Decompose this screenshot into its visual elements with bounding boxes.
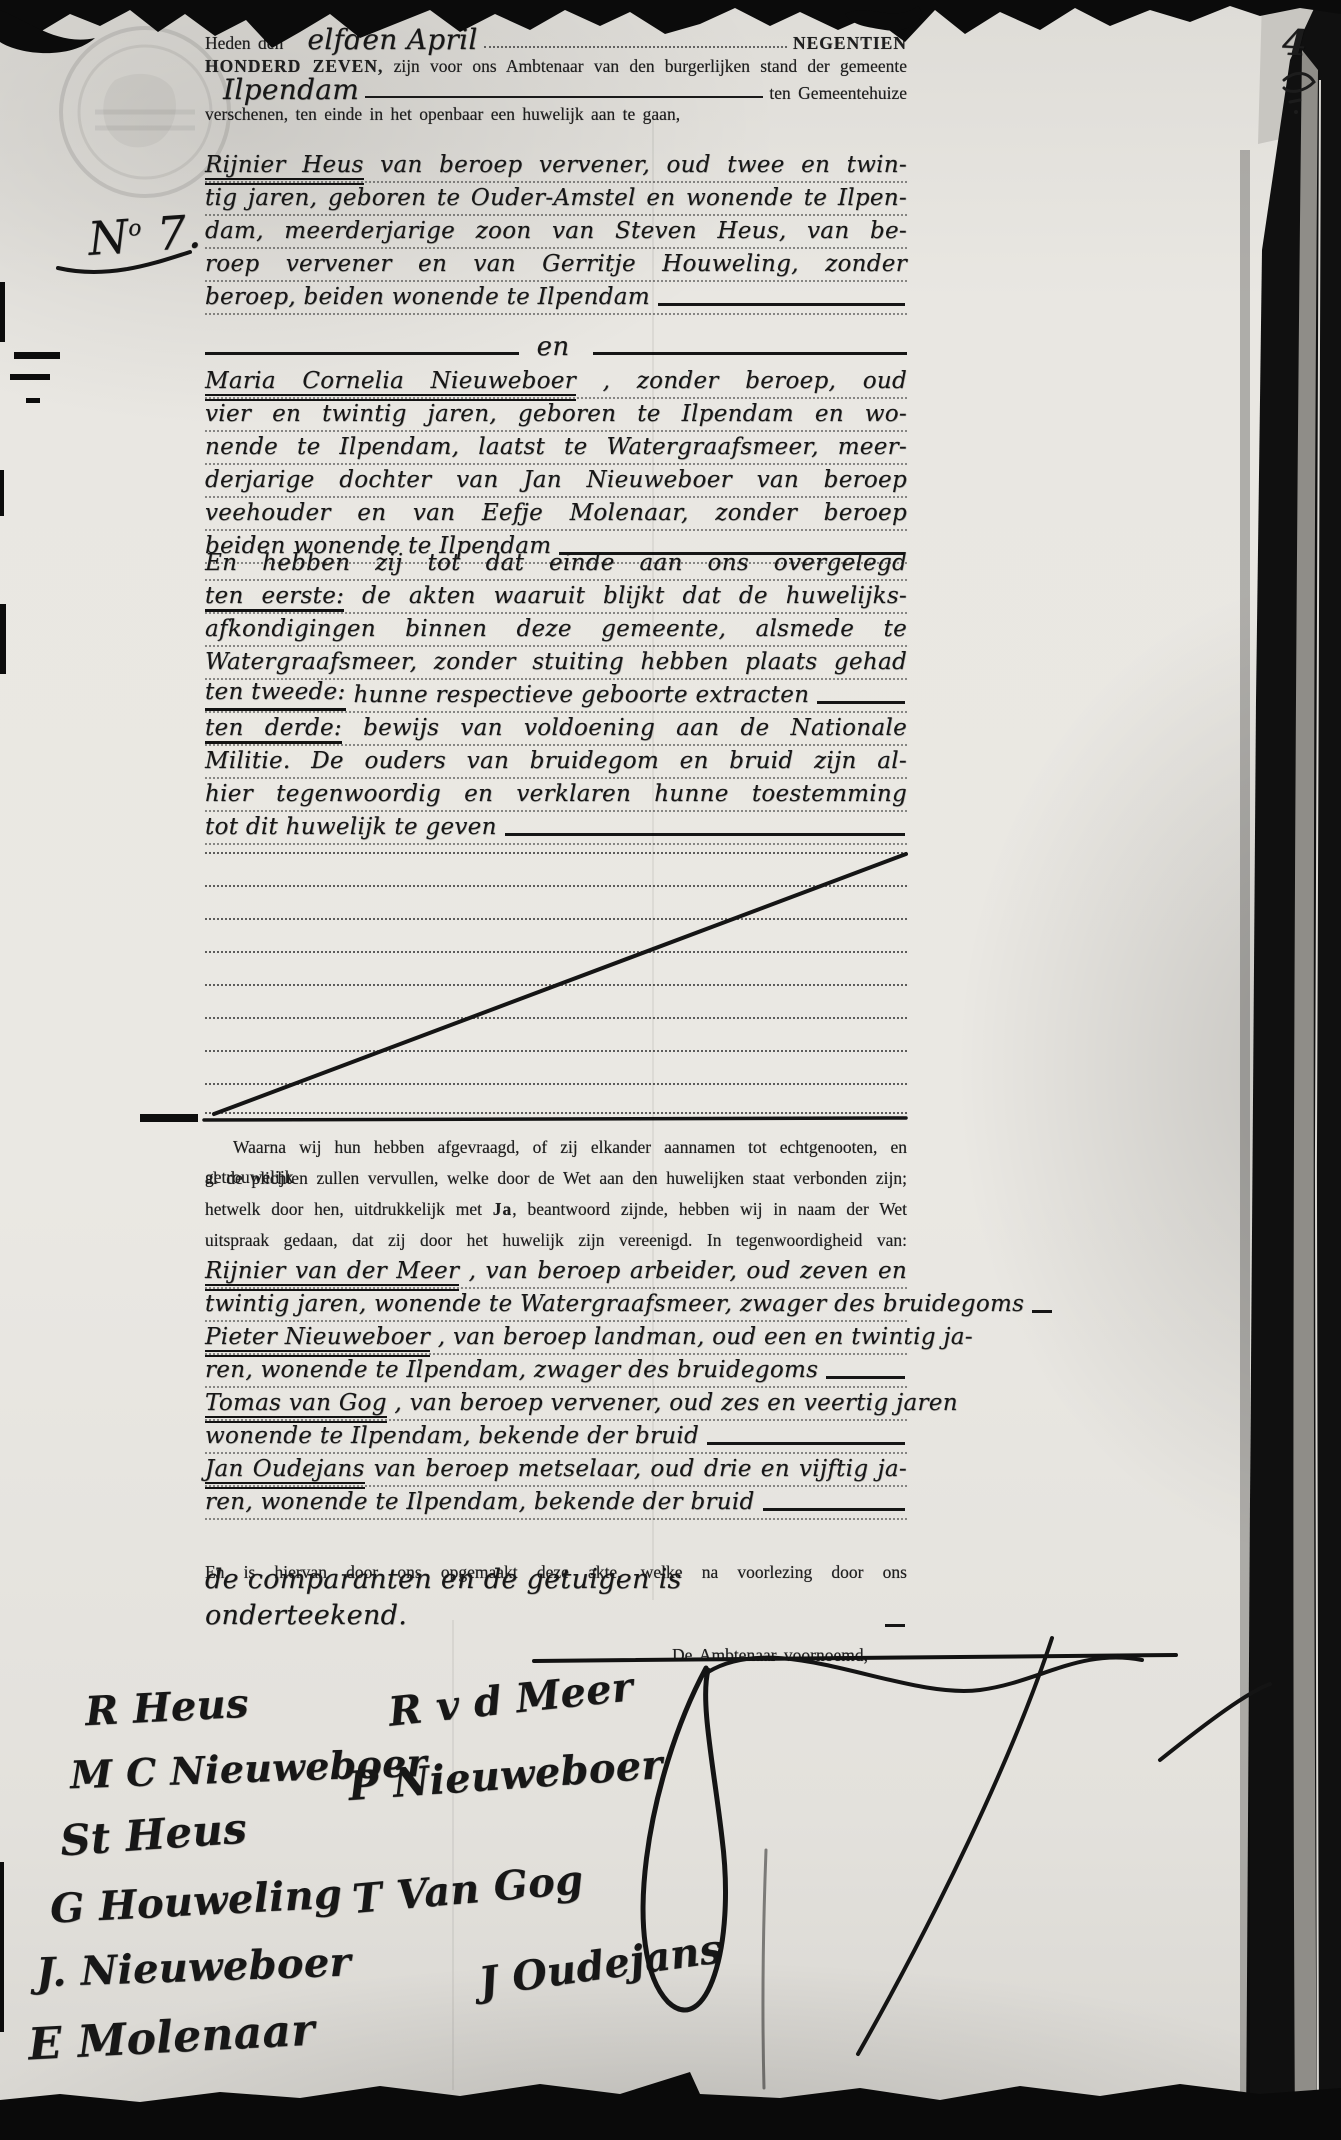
- official-signature-label: De Ambtenaar voornoemd,: [672, 1645, 868, 1666]
- documents-third: ten derde: bewijs van voldoening aan de …: [205, 713, 907, 746]
- documents-first-label: ten eerste:: [205, 583, 344, 612]
- ink-rule-filler: [205, 352, 519, 355]
- ink-rule-filler: [763, 1508, 905, 1511]
- header-line-1: Heden den elfden April NEGENTIEN: [205, 26, 907, 54]
- ink-rule-filler: [505, 833, 905, 836]
- ink-rule-filler: [707, 1442, 905, 1445]
- header-line-4: verschenen, ten einde in het openbaar ee…: [205, 104, 907, 125]
- witness-4-name: Jan Oudejans: [205, 1456, 365, 1489]
- formula-line-1: Waarna wij hun hebben afgevraagd, of zij…: [205, 1132, 907, 1163]
- groom-line-1-rest: van beroep vervener, oud twee en twin-: [380, 152, 907, 178]
- bride-line-1-rest: , zonder beroep, oud: [603, 368, 907, 394]
- bride-paragraph: Maria Cornelia Nieuweboer , zonder beroe…: [205, 366, 907, 564]
- documents-first-rest: de akten waaruit blijkt dat de huwelijks…: [362, 583, 907, 609]
- closing-handwritten-line: de comparanten en de getuigen is onderte…: [205, 1594, 907, 1634]
- groom-paragraph: Rijnier Heus van beroep vervener, oud tw…: [205, 150, 907, 315]
- ink-rule-filler: [658, 303, 905, 306]
- blank-ruled-line: [205, 1050, 907, 1052]
- conjunction-en: en: [521, 332, 586, 362]
- bride-line-5: veehouder en van Eefje Molenaar, zonder …: [205, 498, 907, 531]
- documents-third-cont3: tot dit huwelijk te geven: [205, 812, 907, 845]
- header-line-3: Ilpendam ten Gemeentehuize: [205, 76, 907, 104]
- groom-line-2: tig jaren, geboren te Ouder-Amstel en wo…: [205, 183, 907, 216]
- blank-ruled-line: [205, 1083, 907, 1085]
- ink-rule-filler: [885, 1624, 905, 1627]
- signature-groom: R Heus: [84, 1680, 250, 1736]
- witness-3-line-2-text: wonende te Ilpendam, bekende der bruid: [205, 1421, 699, 1452]
- act-number: No 7.: [86, 204, 203, 266]
- conjunction-line: en: [205, 328, 907, 362]
- formula-line-3b: , beantwoord zijnde, hebben wij in naam …: [512, 1199, 907, 1219]
- documents-paragraph: En hebben zij tot dat einde aan ons over…: [205, 548, 907, 845]
- printed-line2-rest: zijn voor ons Ambtenaar van den burgerli…: [394, 56, 907, 76]
- witness-2-line-2-text: ren, wonende te Ilpendam, zwager des bru…: [205, 1355, 818, 1386]
- documents-intro: En hebben zij tot dat einde aan ons over…: [205, 548, 907, 581]
- blank-ruled-line: [205, 951, 907, 953]
- printed-heden-den: Heden den: [205, 33, 283, 54]
- witness-1-line-2: twintig jaren, wonende te Watergraafsmee…: [205, 1289, 907, 1322]
- ruled-filler: [484, 46, 787, 48]
- witness-4-line-2-text: ren, wonende te Ilpendam, bekende der br…: [205, 1487, 755, 1518]
- groom-name: Rijnier Heus: [205, 152, 364, 185]
- formula-line-3: hetwelk door hen, uitdrukkelijk met Ja, …: [205, 1194, 907, 1225]
- act-number-value: 7.: [155, 204, 203, 261]
- formula-ja: Ja: [493, 1199, 513, 1219]
- documents-third-cont3-text: tot dit huwelijk te geven: [205, 812, 497, 843]
- scanned-marriage-certificate: Heden den elfden April NEGENTIEN HONDERD…: [0, 0, 1341, 2140]
- ink-rule-filler: [817, 701, 905, 704]
- bride-line-3: nende te Ilpendam, laatst te Watergraafs…: [205, 432, 907, 465]
- act-number-prefix: N: [86, 209, 130, 266]
- printed-ten-gemeentehuize: ten Gemeentehuize: [769, 83, 907, 104]
- documents-third-cont2: hier tegenwoordig en verklaren hunne toe…: [205, 779, 907, 812]
- groom-line-1: Rijnier Heus van beroep vervener, oud tw…: [205, 150, 907, 183]
- witness-3-line-2: wonende te Ilpendam, bekende der bruid: [205, 1421, 907, 1454]
- documents-third-label: ten derde:: [205, 715, 342, 744]
- witnesses-paragraph: Rijnier van der Meer , van beroep arbeid…: [205, 1256, 907, 1520]
- printed-negentien: NEGENTIEN: [793, 33, 907, 54]
- documents-first-cont2: Watergraafsmeer, zonder stuiting hebben …: [205, 647, 907, 680]
- groom-line-5-text: beroep, beiden wonende te Ilpendam: [205, 282, 650, 313]
- ink-rule-filler: [1032, 1310, 1052, 1313]
- witness-2-name: Pieter Nieuweboer: [205, 1324, 430, 1357]
- groom-line-4: roep vervener en van Gerritje Houweling,…: [205, 249, 907, 282]
- ink-rule-filler: [826, 1376, 905, 1379]
- ruled-filler: [365, 96, 763, 98]
- bride-name: Maria Cornelia Nieuweboer: [205, 368, 576, 401]
- handwritten-municipality: Ilpendam: [223, 76, 359, 104]
- witness-3-rest: , van beroep vervener, oud zes en veerti…: [394, 1390, 957, 1416]
- witness-3-name: Tomas van Gog: [205, 1390, 387, 1423]
- ink-rule-filler: [593, 352, 907, 355]
- witness-1-line-1: Rijnier van der Meer , van beroep arbeid…: [205, 1256, 907, 1289]
- paper-fold-line: [452, 1620, 454, 2090]
- formula-line-2: al de plichten zullen vervullen, welke d…: [205, 1163, 907, 1194]
- documents-second: ten tweede: hunne respectieve geboorte e…: [205, 680, 907, 713]
- blank-ruled-line: [205, 984, 907, 986]
- witness-1-line-2-text: twintig jaren, wonende te Watergraafsmee…: [205, 1289, 1024, 1320]
- act-number-sup: o: [127, 216, 142, 242]
- witness-4-rest: van beroep metselaar, oud drie en vijfti…: [374, 1456, 907, 1482]
- blank-ruled-line: [205, 885, 907, 887]
- closing-handwritten-text: de comparanten en de getuigen is onderte…: [205, 1562, 877, 1634]
- paper-fold-line: [652, 120, 654, 1600]
- documents-third-rest: bewijs van voldoening aan de Nationale: [363, 715, 907, 741]
- documents-second-label: ten tweede:: [205, 677, 346, 711]
- formula-line-3a: hetwelk door hen, uitdrukkelijk met: [205, 1199, 482, 1219]
- bride-line-4: derjarige dochter van Jan Nieuweboer van…: [205, 465, 907, 498]
- marriage-formula: Waarna wij hun hebben afgevraagd, of zij…: [205, 1132, 907, 1256]
- page-number: 4: [1281, 21, 1309, 64]
- witness-1-name: Rijnier van der Meer: [205, 1258, 459, 1291]
- blank-ruled-line: [205, 852, 907, 854]
- groom-line-3: dam, meerderjarige zoon van Steven Heus,…: [205, 216, 907, 249]
- blank-ruled-line: [205, 918, 907, 920]
- groom-line-5: beroep, beiden wonende te Ilpendam: [205, 282, 907, 315]
- documents-second-rest: hunne respectieve geboorte extracten: [346, 680, 810, 711]
- witness-3-line-1: Tomas van Gog , van beroep vervener, oud…: [205, 1388, 907, 1421]
- witness-4-line-1: Jan Oudejans van beroep metselaar, oud d…: [205, 1454, 907, 1487]
- documents-first-cont1: afkondigingen binnen deze gemeente, alsm…: [205, 614, 907, 647]
- witness-2-rest: , van beroep landman, oud een en twintig…: [438, 1324, 973, 1350]
- handwritten-date: elfden April: [307, 26, 477, 54]
- documents-third-cont1: Militie. De ouders van bruidegom en brui…: [205, 746, 907, 779]
- witness-1-rest: , van beroep arbeider, oud zeven en: [469, 1258, 907, 1284]
- blank-ruled-line: [205, 1112, 907, 1114]
- blank-ruled-line: [205, 1017, 907, 1019]
- documents-first: ten eerste: de akten waaruit blijkt dat …: [205, 581, 907, 614]
- formula-line-4: uitspraak gedaan, dat zij door het huwel…: [205, 1225, 907, 1256]
- witness-2-line-1: Pieter Nieuweboer , van beroep landman, …: [205, 1322, 907, 1355]
- witness-2-line-2: ren, wonende te Ilpendam, zwager des bru…: [205, 1355, 907, 1388]
- bride-line-1: Maria Cornelia Nieuweboer , zonder beroe…: [205, 366, 907, 399]
- witness-4-line-2: ren, wonende te Ilpendam, bekende der br…: [205, 1487, 907, 1520]
- bride-line-2: vier en twintig jaren, geboren te Ilpend…: [205, 399, 907, 432]
